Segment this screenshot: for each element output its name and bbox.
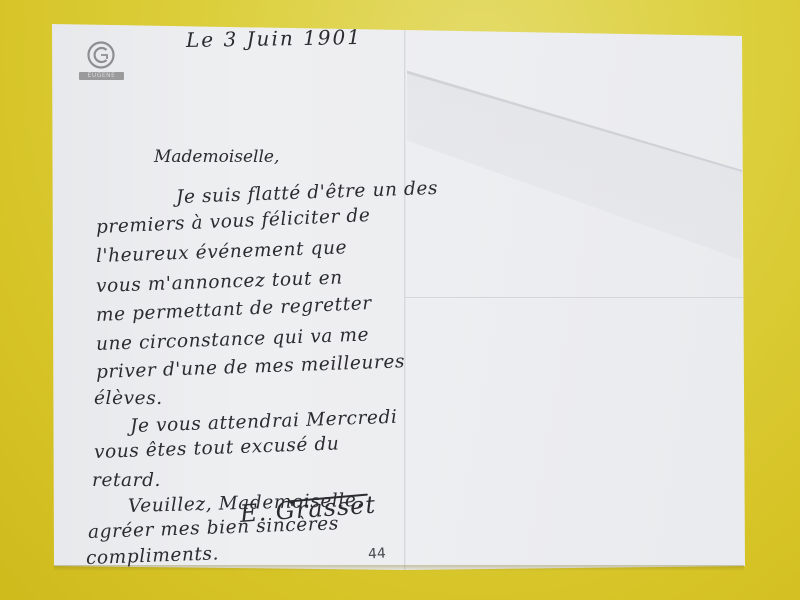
letter-salutation: Mademoiselle, [154, 147, 279, 167]
folded-letter-sheet [0, 0, 800, 600]
horizontal-fold-line [405, 297, 743, 298]
letterhead-label: EUGENE GRASSET [79, 72, 124, 80]
center-fold-line [404, 30, 407, 570]
letter-line: élèves. [94, 388, 163, 409]
letter-date: Le 3 Juin 1901 [186, 25, 362, 52]
letter-line: retard. [92, 470, 161, 491]
embossed-monogram-icon [86, 40, 116, 70]
archive-page-number: 44 [368, 546, 387, 563]
